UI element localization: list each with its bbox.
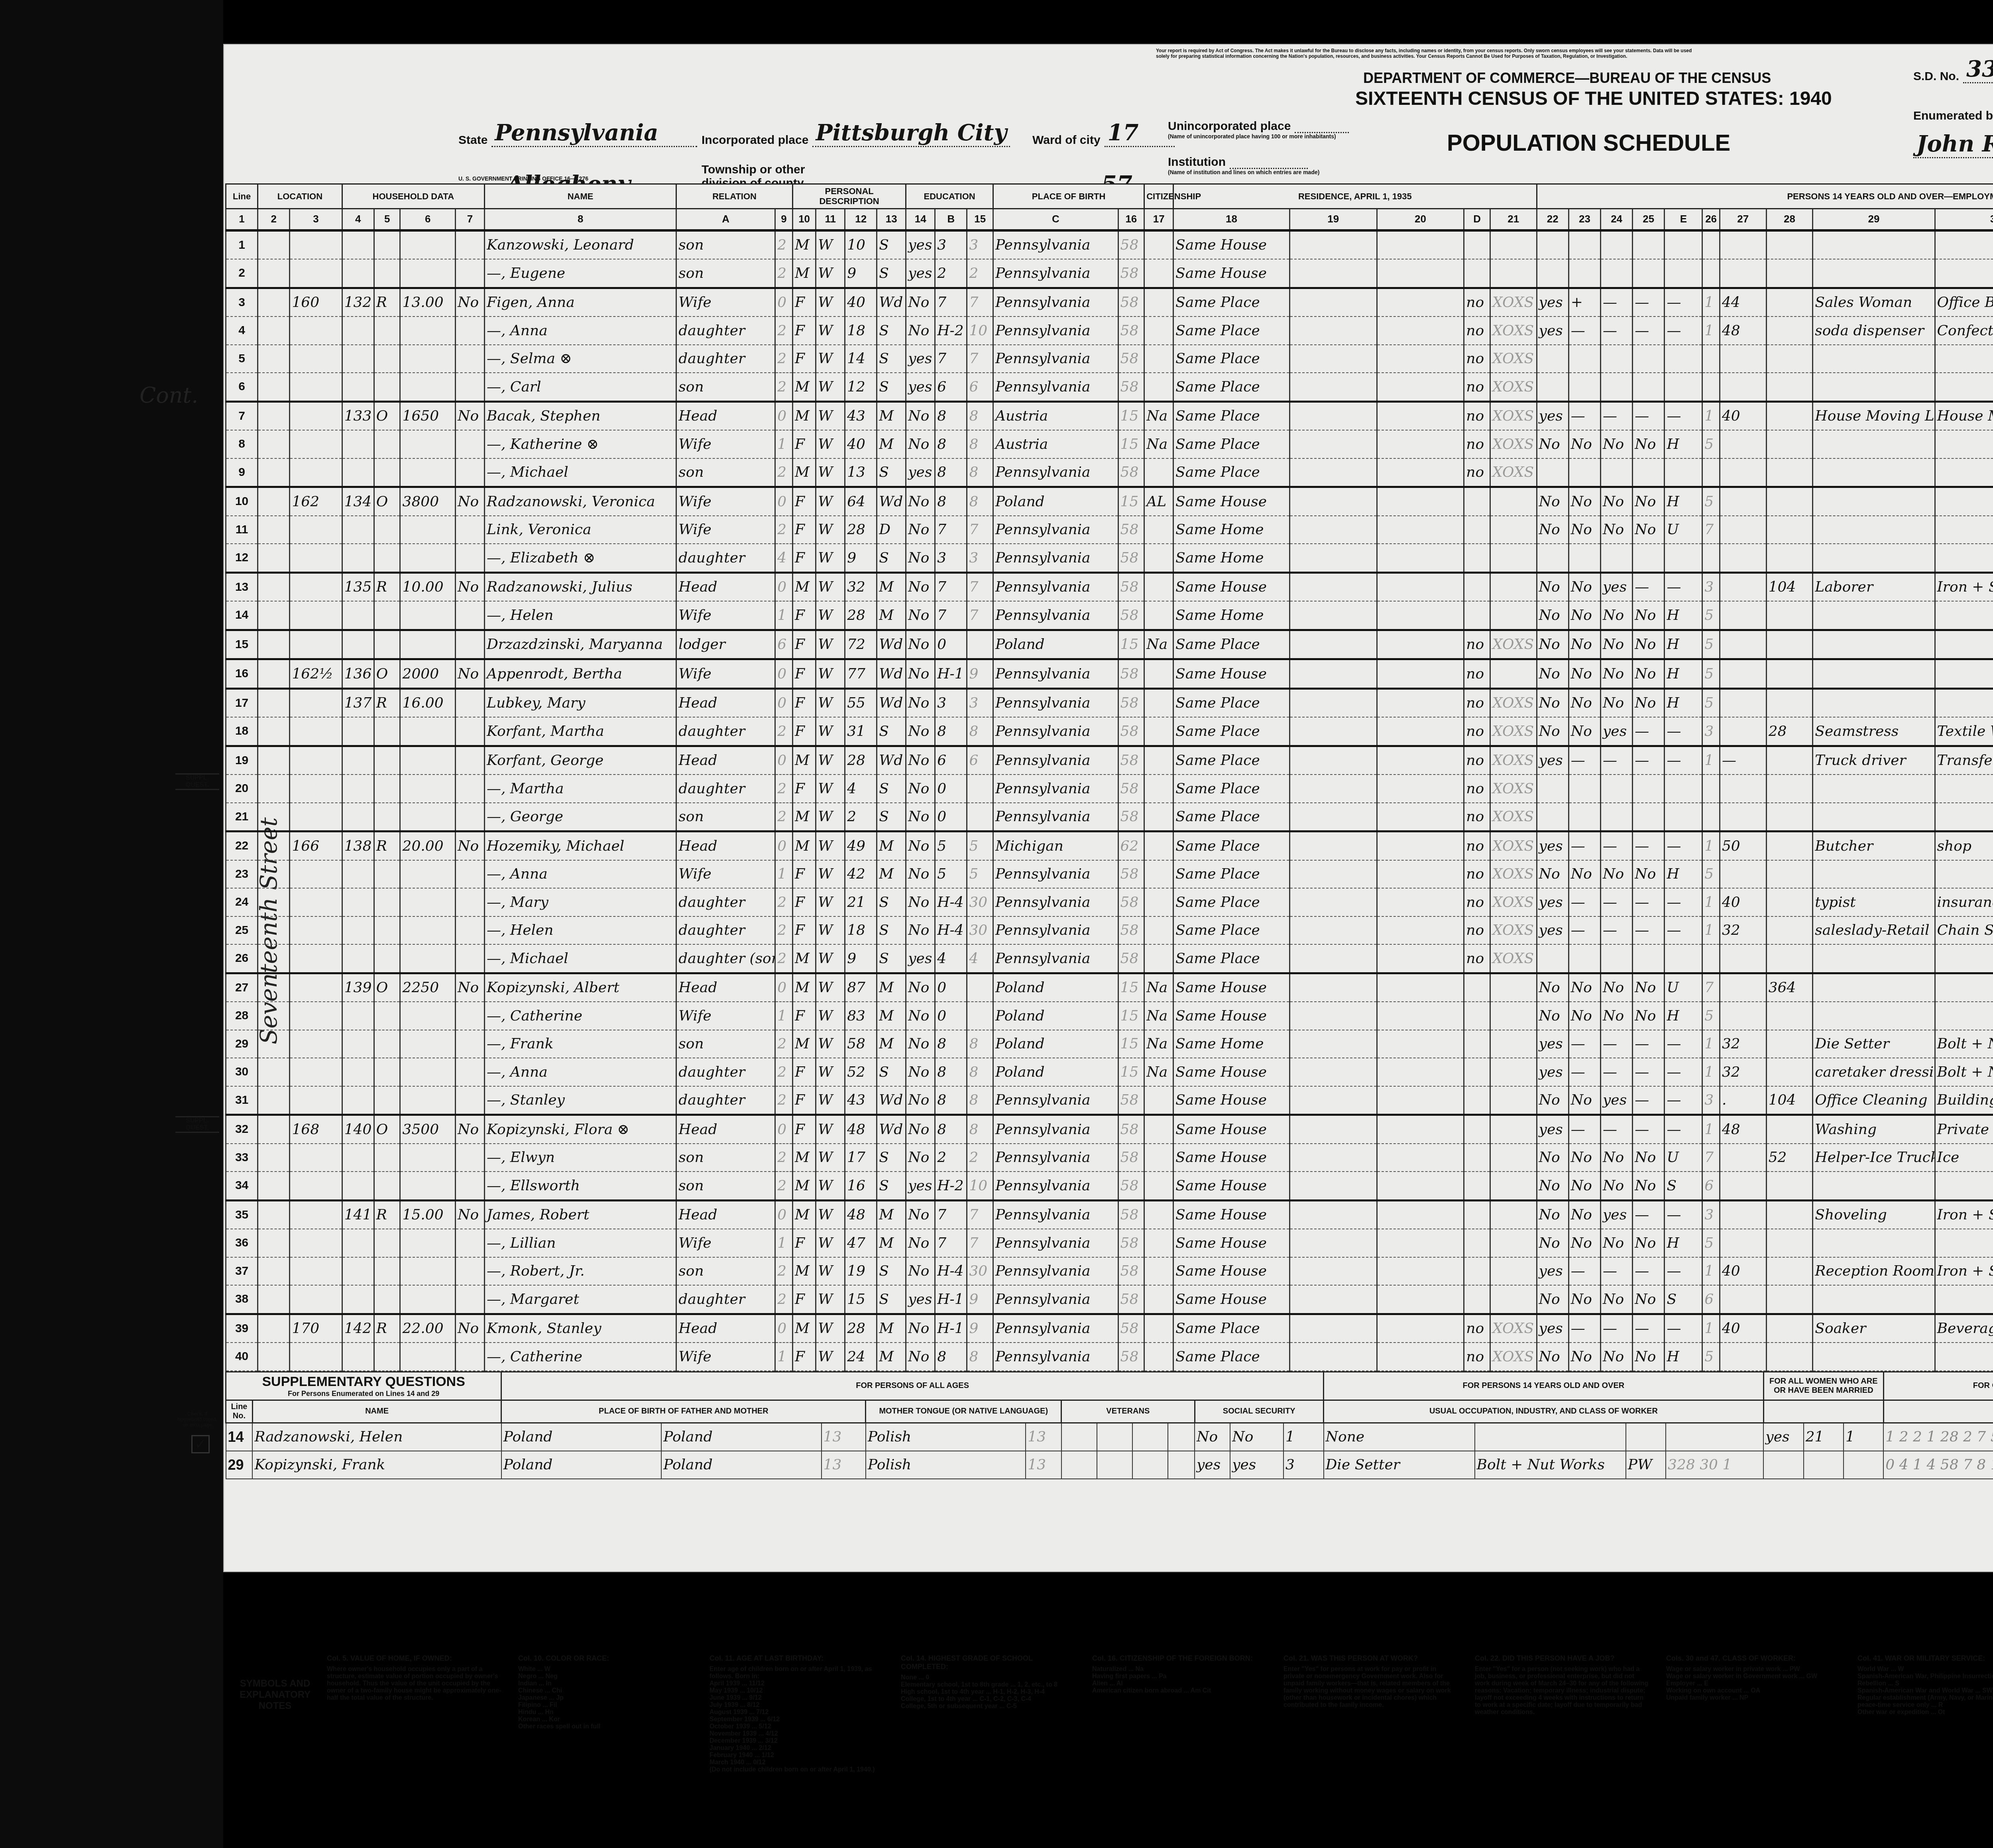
- cell-res-state: [1377, 288, 1464, 317]
- cell-codeA: 2: [775, 516, 793, 544]
- cell-sex: M: [792, 1144, 816, 1172]
- note-col5: Col. 5. VALUE OF HOME, IF OWNED:Where ow…: [327, 1654, 502, 1774]
- cell-codeC: 58: [1118, 1314, 1144, 1343]
- cell-birthplace: Pennsylvania: [993, 516, 1118, 544]
- column-number: 27: [1720, 208, 1766, 230]
- cell-industry: Iron + Steel: [1935, 1257, 1993, 1286]
- note-col11: Col. 11. AGE AT LAST BIRTHDAY:Enter age …: [710, 1654, 885, 1774]
- cell-marital: Wd: [877, 288, 906, 317]
- census-row: 31—, Stanleydaughter2FW43WdNo88Pennsylva…: [226, 1086, 1993, 1115]
- cell-c23: No: [1601, 688, 1633, 717]
- cell-c22: —: [1568, 888, 1600, 916]
- cell-c22: [1568, 803, 1600, 832]
- cell-res-state: [1377, 775, 1464, 803]
- cell-line: 3: [226, 288, 258, 317]
- cell-res-county: [1289, 888, 1377, 916]
- cell-school: yes: [906, 259, 935, 288]
- cell-citizen: Na: [1144, 630, 1173, 659]
- cell-weeks-unemp: [1766, 688, 1813, 717]
- cell-res-county: [1289, 401, 1377, 430]
- census-row: 4—, Annadaughter2FW18SNoH-210Pennsylvani…: [226, 317, 1993, 345]
- cell-res-state: [1377, 659, 1464, 689]
- cell-citizen: Na: [1144, 401, 1173, 430]
- cell-codeB: 6: [967, 746, 993, 775]
- cell-codeA: 2: [775, 345, 793, 373]
- cell-codeB: 9: [967, 1285, 993, 1314]
- cell-farm35: no: [1464, 345, 1490, 373]
- cell-farm35: no: [1464, 430, 1490, 458]
- cell-c23: —: [1601, 1314, 1633, 1343]
- cell-age: 64: [845, 487, 877, 516]
- cell-tenure: R: [374, 688, 400, 717]
- cell-c23: No: [1601, 1002, 1633, 1030]
- cell-race: W: [816, 746, 845, 775]
- continued-checkbox[interactable]: ✓: [191, 1435, 210, 1453]
- note-col16-items: Naturalized ... NaHaving first papers ..…: [1092, 1666, 1268, 1695]
- cell-codeE: [1702, 345, 1720, 373]
- cell-sex: M: [792, 259, 816, 288]
- cell-codeB: 7: [967, 1200, 993, 1229]
- cell-street: [258, 860, 290, 889]
- cell-marital: S: [877, 916, 906, 945]
- cell-industry: Textile Works: [1935, 717, 1993, 746]
- suppl-quest-marker-29: SUPPL. QUEST.: [175, 1116, 219, 1133]
- cell-res-city: Same Place: [1173, 860, 1290, 889]
- cell-codeA: 2: [775, 888, 793, 916]
- cell-c23: —: [1601, 1115, 1633, 1144]
- cell-grade: H-4: [935, 888, 967, 916]
- cell-race: W: [816, 1115, 845, 1144]
- cell-farm: No: [456, 832, 485, 860]
- cell-codeA: 0: [775, 487, 793, 516]
- column-number: 18: [1173, 208, 1290, 230]
- note-item: Naturalized ... Na: [1092, 1666, 1268, 1673]
- cell-race: W: [816, 659, 845, 689]
- cell-codeB: 7: [967, 601, 993, 630]
- cell-hours: [1720, 516, 1766, 544]
- education-header: EDUCATION: [906, 184, 993, 209]
- cell-value: [400, 345, 456, 373]
- cell-c24: —: [1633, 1030, 1665, 1058]
- cell-codeB: 9: [967, 1314, 993, 1343]
- cell-res-state: [1377, 601, 1464, 630]
- cell-farm35: no: [1464, 659, 1490, 689]
- cell-res-state: [1377, 572, 1464, 601]
- cell-c24: No: [1633, 1285, 1665, 1314]
- supp-father: Poland: [501, 1423, 661, 1451]
- supp-c41: [1132, 1451, 1168, 1479]
- cell-res-county: [1289, 1285, 1377, 1314]
- cell-relation: Wife: [676, 1002, 775, 1030]
- census-row: 32168140O3500NoKopizynski, Flora ⊗Head0F…: [226, 1115, 1993, 1144]
- cell-grade: 0: [935, 803, 967, 832]
- cell-marital: S: [877, 317, 906, 345]
- cell-hh: [342, 1058, 374, 1086]
- cell-c24: —: [1633, 746, 1665, 775]
- cell-codeC: 58: [1118, 659, 1144, 689]
- header-district: S.D. No. 33 E.D. No. 69-491 Enumerated b…: [1913, 56, 1993, 158]
- cell-occupation: Truck driver: [1813, 746, 1935, 775]
- cell-school: yes: [906, 345, 935, 373]
- cell-farm35: no: [1464, 775, 1490, 803]
- supp-c49: 21: [1804, 1423, 1844, 1451]
- census-row: 17137R16.00Lubkey, MaryHead0FW55WdNo33Pe…: [226, 688, 1993, 717]
- cell-c21: No: [1537, 630, 1568, 659]
- cell-farm: [456, 1172, 485, 1200]
- note-col21-text: Enter "Yes" for persons at work for pay …: [1283, 1666, 1459, 1709]
- cell-res-state: [1377, 1257, 1464, 1286]
- cell-street: [258, 401, 290, 430]
- cell-race: W: [816, 544, 845, 572]
- cell-sex: M: [792, 746, 816, 775]
- cell-street: [258, 659, 290, 689]
- cell-sex: M: [792, 1314, 816, 1343]
- cell-c23: —: [1601, 832, 1633, 860]
- cell-c23: —: [1601, 916, 1633, 945]
- cell-hours: 40: [1720, 1257, 1766, 1286]
- cell-c25: H: [1665, 1229, 1702, 1257]
- supp-code-g: 13: [822, 1451, 866, 1479]
- cell-age: 28: [845, 516, 877, 544]
- cell-race: W: [816, 230, 845, 260]
- cell-age: 83: [845, 1002, 877, 1030]
- cell-age: 10: [845, 230, 877, 260]
- cell-tenure: [374, 746, 400, 775]
- cell-citizen: [1144, 1144, 1173, 1172]
- cell-farm: [456, 717, 485, 746]
- cell-age: 9: [845, 544, 877, 572]
- household-header: HOUSEHOLD DATA: [342, 184, 484, 209]
- cell-hours: [1720, 973, 1766, 1002]
- cell-industry: [1935, 1002, 1993, 1030]
- cell-line: 9: [226, 458, 258, 487]
- cell-codeE: 5: [1702, 659, 1720, 689]
- note-item: Korean ... Kor: [518, 1716, 694, 1723]
- note-col16-heading: Col. 16. CITIZENSHIP OF THE FOREIGN BORN…: [1092, 1654, 1268, 1663]
- cell-industry: Bolt + Nut: [1935, 1030, 1993, 1058]
- cell-occupation: [1813, 345, 1935, 373]
- cell-street: [258, 888, 290, 916]
- cell-codeC: 58: [1118, 1086, 1144, 1115]
- cell-codeE: 7: [1702, 516, 1720, 544]
- cell-codeE: 1: [1702, 1030, 1720, 1058]
- supp-usual-class: [1626, 1423, 1666, 1451]
- cell-farm: [456, 688, 485, 717]
- cell-race: W: [816, 916, 845, 945]
- cell-codeC: 58: [1118, 746, 1144, 775]
- cell-c24: —: [1633, 717, 1665, 746]
- cell-farm: [456, 1343, 485, 1371]
- cell-codeA: 2: [775, 944, 793, 973]
- cell-codeC: 58: [1118, 1229, 1144, 1257]
- cell-marital: S: [877, 373, 906, 401]
- cell-citizen: [1144, 944, 1173, 973]
- cell-industry: [1935, 601, 1993, 630]
- cell-grade: 8: [935, 717, 967, 746]
- cell-codeB: 7: [967, 288, 993, 317]
- note-item: White ... W: [518, 1666, 694, 1673]
- cell-codeA: 1: [775, 1229, 793, 1257]
- cell-res-state: [1377, 973, 1464, 1002]
- cell-house: 162½: [290, 659, 342, 689]
- cell-codeD: XOXS: [1490, 317, 1537, 345]
- cell-c23: yes: [1601, 572, 1633, 601]
- cell-hh: [342, 345, 374, 373]
- cell-age: 4: [845, 775, 877, 803]
- supp-c50: 1: [1844, 1423, 1883, 1451]
- cell-codeD: XOXS: [1490, 803, 1537, 832]
- supp-group-14-over: FOR PERSONS 14 YEARS OLD AND OVER: [1324, 1372, 1764, 1400]
- cell-street: [258, 944, 290, 973]
- cell-c25: —: [1665, 916, 1702, 945]
- cell-c25: —: [1665, 401, 1702, 430]
- cell-codeB: 7: [967, 1229, 993, 1257]
- cell-age: 9: [845, 944, 877, 973]
- cell-c23: No: [1601, 1144, 1633, 1172]
- cell-tenure: [374, 230, 400, 260]
- cell-grade: 7: [935, 1200, 967, 1229]
- cell-grade: 6: [935, 746, 967, 775]
- note-item: Working on own account ... OA: [1666, 1687, 1842, 1695]
- cell-name: Radzanowski, Julius: [484, 572, 676, 601]
- cell-c25: H: [1665, 688, 1702, 717]
- cell-c22: No: [1568, 1200, 1600, 1229]
- cell-value: [400, 1172, 456, 1200]
- cell-hours: —: [1720, 746, 1766, 775]
- cell-c22: No: [1568, 973, 1600, 1002]
- cell-age: 19: [845, 1257, 877, 1286]
- cell-codeD: [1490, 1144, 1537, 1172]
- cell-value: [400, 1058, 456, 1086]
- cell-weeks-unemp: [1766, 775, 1813, 803]
- column-number: 9: [775, 208, 793, 230]
- cell-citizen: [1144, 1229, 1173, 1257]
- cell-marital: D: [877, 516, 906, 544]
- cell-hours: [1720, 458, 1766, 487]
- cell-res-city: Same Place: [1173, 401, 1290, 430]
- note-item: Other races spell out in full: [518, 1723, 694, 1730]
- cell-codeB: 8: [967, 1030, 993, 1058]
- cell-codeD: [1490, 572, 1537, 601]
- cell-c21: [1537, 259, 1568, 288]
- cell-res-city: Same House: [1173, 1144, 1290, 1172]
- cell-weeks-unemp: 104: [1766, 1086, 1813, 1115]
- cell-c21: [1537, 345, 1568, 373]
- cell-street: [258, 544, 290, 572]
- cell-codeC: 58: [1118, 1115, 1144, 1144]
- cell-house: [290, 1172, 342, 1200]
- cell-sex: F: [792, 1229, 816, 1257]
- cell-race: W: [816, 888, 845, 916]
- cell-industry: [1935, 345, 1993, 373]
- cell-res-city: Same House: [1173, 973, 1290, 1002]
- cell-farm: [456, 230, 485, 260]
- cell-citizen: Na: [1144, 1030, 1173, 1058]
- census-row: 6—, Carlson2MW12Syes66Pennsylvania58Same…: [226, 373, 1993, 401]
- census-row: 37—, Robert, Jr.son2MW19SNoH-430Pennsylv…: [226, 1257, 1993, 1286]
- cell-hh: [342, 544, 374, 572]
- cell-sex: F: [792, 1115, 816, 1144]
- cell-age: 43: [845, 1086, 877, 1115]
- cell-farm: [456, 888, 485, 916]
- cell-birthplace: Pennsylvania: [993, 944, 1118, 973]
- cell-age: 55: [845, 688, 877, 717]
- cell-grade: 3: [935, 544, 967, 572]
- cell-codeC: 58: [1118, 1200, 1144, 1229]
- cell-codeE: [1702, 373, 1720, 401]
- cell-weeks-unemp: [1766, 659, 1813, 689]
- institution-label: Institution: [1168, 155, 1226, 169]
- cell-hh: [342, 430, 374, 458]
- cell-farm: No: [456, 973, 485, 1002]
- cell-codeC: 15: [1118, 1058, 1144, 1086]
- cell-grade: 0: [935, 973, 967, 1002]
- cell-marital: M: [877, 1002, 906, 1030]
- cell-farm35: [1464, 1058, 1490, 1086]
- cell-marital: Wd: [877, 487, 906, 516]
- cell-street: [258, 832, 290, 860]
- cell-codeD: XOXS: [1490, 888, 1537, 916]
- cell-res-city: Same Place: [1173, 944, 1290, 973]
- cell-codeC: 58: [1118, 345, 1144, 373]
- cell-citizen: Na: [1144, 1002, 1173, 1030]
- cell-codeE: 3: [1702, 1200, 1720, 1229]
- cell-school: No: [906, 916, 935, 945]
- cell-birthplace: Pennsylvania: [993, 230, 1118, 260]
- cell-hours: [1720, 688, 1766, 717]
- cell-line: 24: [226, 888, 258, 916]
- cell-industry: [1935, 1343, 1993, 1371]
- cell-c21: No: [1537, 1343, 1568, 1371]
- cell-citizen: [1144, 1257, 1173, 1286]
- cell-c23: —: [1601, 401, 1633, 430]
- supp-c48: [1763, 1451, 1803, 1479]
- cell-c24: [1633, 944, 1665, 973]
- cell-farm: No: [456, 659, 485, 689]
- header-place: Incorporated place Pittsburgh City Towns…: [702, 120, 1010, 190]
- cell-res-city: Same House: [1173, 1086, 1290, 1115]
- cell-weeks-unemp: [1766, 373, 1813, 401]
- cell-marital: S: [877, 544, 906, 572]
- cell-codeE: 1: [1702, 832, 1720, 860]
- cell-codeD: [1490, 1058, 1537, 1086]
- census-row: 1Kanzowski, Leonardson2MW10Syes33Pennsyl…: [226, 230, 1993, 260]
- cell-marital: S: [877, 775, 906, 803]
- cell-res-state: [1377, 888, 1464, 916]
- column-number: 2: [258, 208, 290, 230]
- cell-c25: H: [1665, 601, 1702, 630]
- column-number: E: [1665, 208, 1702, 230]
- cell-hours: 44: [1720, 288, 1766, 317]
- cell-res-city: Same Place: [1173, 717, 1290, 746]
- margin-note-cont: Cont.: [140, 383, 198, 408]
- cell-sex: F: [792, 717, 816, 746]
- cell-codeD: [1490, 1229, 1537, 1257]
- cell-citizen: [1144, 288, 1173, 317]
- cell-house: [290, 516, 342, 544]
- note-col22: Col. 22. DID THIS PERSON HAVE A JOB?Ente…: [1475, 1654, 1650, 1774]
- cell-name: —, George: [484, 803, 676, 832]
- cell-value: [400, 1086, 456, 1115]
- cell-relation: daughter: [676, 916, 775, 945]
- cell-hh: [342, 516, 374, 544]
- cell-c25: U: [1665, 516, 1702, 544]
- cell-codeD: [1490, 259, 1537, 288]
- cell-occupation: Laborer: [1813, 572, 1935, 601]
- cell-age: 21: [845, 888, 877, 916]
- cell-c21: [1537, 230, 1568, 260]
- institution-value: [1230, 168, 1308, 169]
- cell-codeB: 30: [967, 916, 993, 945]
- note-item: March 1940 ... 0/12: [710, 1759, 885, 1766]
- cell-hh: 137: [342, 688, 374, 717]
- cell-industry: [1935, 659, 1993, 689]
- cell-c25: —: [1665, 832, 1702, 860]
- cell-res-city: Same Home: [1173, 544, 1290, 572]
- cell-farm35: no: [1464, 944, 1490, 973]
- note-col41: Col. 41. WAR OR MILITARY SERVICE:World W…: [1857, 1654, 1993, 1774]
- cell-occupation: [1813, 487, 1935, 516]
- cell-c21: [1537, 775, 1568, 803]
- cell-codeD: XOXS: [1490, 688, 1537, 717]
- cell-relation: son: [676, 803, 775, 832]
- cell-codeC: 58: [1118, 1257, 1144, 1286]
- cell-codeC: 15: [1118, 487, 1144, 516]
- cell-name: James, Robert: [484, 1200, 676, 1229]
- cell-occupation: Sales Woman: [1813, 288, 1935, 317]
- cell-school: No: [906, 601, 935, 630]
- cell-line: 14: [226, 601, 258, 630]
- cell-occupation: [1813, 601, 1935, 630]
- cell-sex: F: [792, 288, 816, 317]
- cell-hours: [1720, 544, 1766, 572]
- cell-industry: [1935, 973, 1993, 1002]
- cell-farm: No: [456, 1314, 485, 1343]
- cell-hours: [1720, 373, 1766, 401]
- cell-street: [258, 1144, 290, 1172]
- cell-relation: Wife: [676, 1343, 775, 1371]
- cell-line: 37: [226, 1257, 258, 1286]
- relation-header: RELATION: [676, 184, 793, 209]
- census-row: 21—, Georgeson2MW2SNo0Pennsylvania58Same…: [226, 803, 1993, 832]
- cell-line: 6: [226, 373, 258, 401]
- cell-res-county: [1289, 259, 1377, 288]
- cell-sex: M: [792, 458, 816, 487]
- cell-c23: [1601, 345, 1633, 373]
- cell-c25: [1665, 458, 1702, 487]
- cell-line: 34: [226, 1172, 258, 1200]
- cell-codeB: 3: [967, 230, 993, 260]
- note-col10-heading: Col. 10. COLOR OR RACE:: [518, 1654, 694, 1663]
- supp-code-i: [1168, 1451, 1195, 1479]
- cell-birthplace: Pennsylvania: [993, 1144, 1118, 1172]
- cell-name: Bacak, Stephen: [484, 401, 676, 430]
- cell-codeC: 58: [1118, 1285, 1144, 1314]
- cell-codeE: 5: [1702, 430, 1720, 458]
- cell-codeB: [967, 1002, 993, 1030]
- note-item: July 1939 ... 8/12: [710, 1702, 885, 1709]
- note-col11-footnote: (Do not include children born on or afte…: [710, 1766, 885, 1773]
- cell-codeC: 58: [1118, 317, 1144, 345]
- cell-age: 77: [845, 659, 877, 689]
- cell-school: No: [906, 832, 935, 860]
- cell-res-county: [1289, 1172, 1377, 1200]
- cell-race: W: [816, 1002, 845, 1030]
- cell-street: [258, 1030, 290, 1058]
- supp-mother: Poland: [661, 1423, 821, 1451]
- cell-street: [258, 717, 290, 746]
- cell-house: 168: [290, 1115, 342, 1144]
